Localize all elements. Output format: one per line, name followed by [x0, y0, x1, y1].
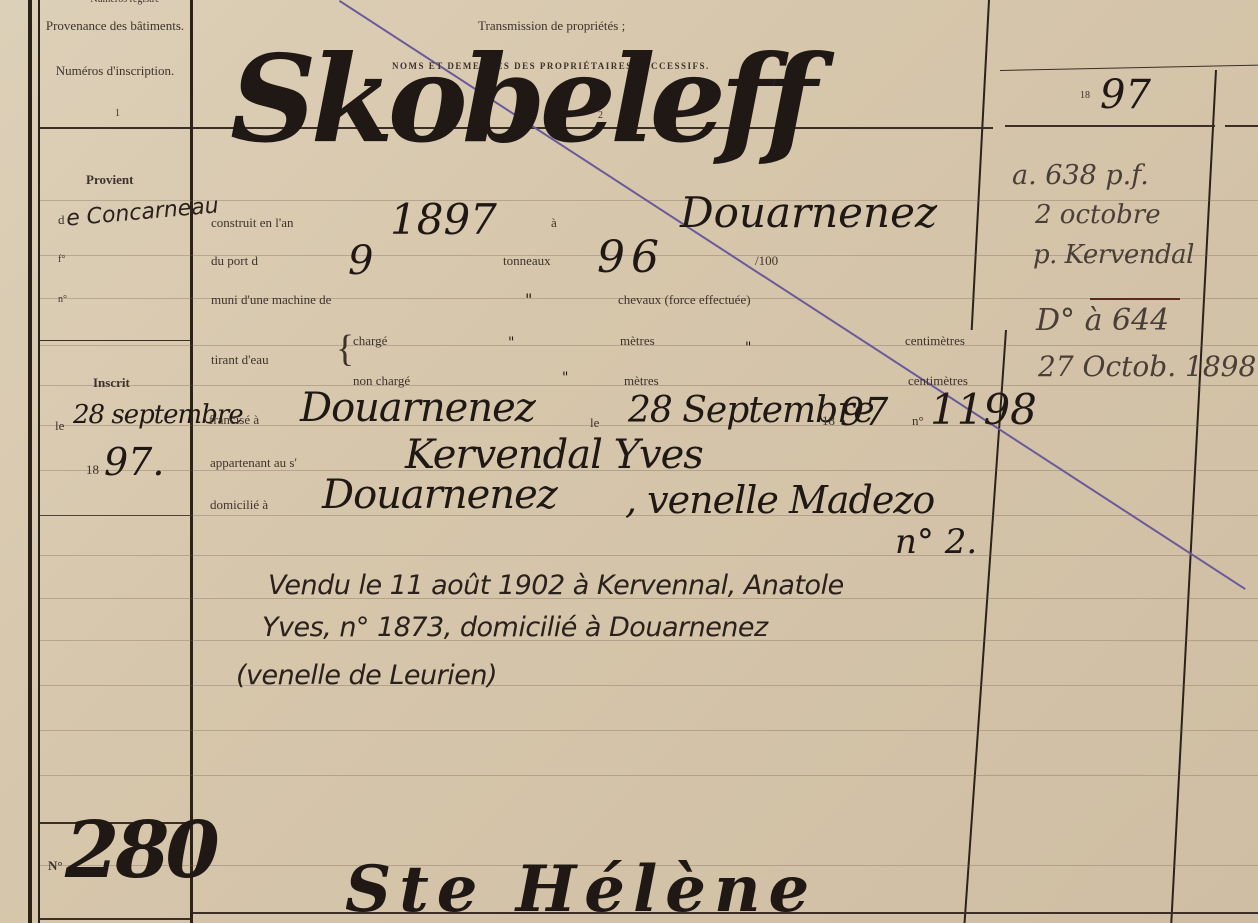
machine-label: muni d'une machine de [211, 292, 331, 308]
non-charge-metres-label: mètres [624, 373, 659, 389]
tonneaux-fraction: /100 [755, 253, 778, 269]
left-border-thick [28, 0, 32, 923]
tonneaux-label: tonneaux [503, 253, 551, 269]
col3-entry-2: 2 octobre [1035, 200, 1161, 230]
provient-n-label: n° [58, 294, 67, 305]
next-ship-name: Ste Hélène [345, 852, 817, 923]
rule-line [40, 775, 1258, 776]
col3-top-line [1000, 65, 1258, 71]
tonneaux-value: 96 [597, 232, 665, 283]
provient-label: Provient [86, 172, 133, 188]
non-charge-metres-value: " [562, 370, 568, 386]
tirant-label: tirant d'eau [211, 352, 269, 368]
rule-line [40, 555, 1258, 556]
domicile-number-value: n° 2. [895, 522, 977, 562]
francise-date-value: 28 Septembre [628, 390, 874, 431]
column1-divider [190, 0, 193, 923]
col1-header-underline [40, 127, 190, 129]
francise-year-value: 97 [840, 390, 888, 434]
col1-no-bottom [40, 918, 190, 920]
francise-no-value: 1198 [930, 385, 1037, 434]
ship-name: Skobeleff [230, 40, 811, 160]
port-value: 9 [348, 238, 373, 284]
col4-header-underline [1225, 125, 1258, 127]
construit-label: construit en l'an [211, 215, 294, 231]
appartenant-label: appartenant au s' [210, 455, 297, 471]
francise-no-label: n° [912, 413, 924, 429]
port-label: du port d [211, 253, 258, 269]
left-border-thin [38, 0, 40, 923]
charge-metres-label: mètres [620, 333, 655, 349]
tirant-brace: { [336, 330, 354, 368]
col1-header-numeros: Numéros d'inscription. [45, 63, 185, 78]
column3-divider [1170, 70, 1217, 923]
rule-line [40, 730, 1258, 731]
francise-label: francisé à [209, 412, 259, 428]
inscrit-year-value: 97. [104, 440, 164, 484]
domicilie-label: domicilié à [210, 497, 268, 513]
col3-separator [1090, 298, 1180, 300]
rule-line [40, 685, 1258, 686]
charge-cm-label: centimètres [905, 333, 965, 349]
inscrit-label: Inscrit [93, 375, 130, 391]
charge-metres-value: " [508, 335, 514, 351]
col1-header-provenance: Provenance des bâtiments. [45, 18, 185, 33]
built-place-value: Douarnenez [680, 188, 937, 237]
sale-note-line-2: Yves, n° 1873, domicilié à Douarnenez [262, 612, 768, 643]
column2-divider-upper [971, 0, 990, 330]
chevaux-label: chevaux (force effectuée) [618, 292, 751, 308]
col1-header-top: Numéros registre [60, 0, 190, 5]
inscrit-le-label: le [55, 418, 64, 434]
charge-label: chargé [353, 333, 387, 349]
col3-entry-3: p. Kervendal [1033, 240, 1194, 270]
col3-header-underline [1005, 125, 1215, 127]
machine-value: " [525, 290, 532, 309]
provient-f-label: f° [58, 254, 65, 265]
col1-number: 1 [115, 108, 120, 119]
domicile-street-value: , venelle Madezo [625, 478, 934, 522]
col1-provient-bottom [40, 340, 190, 341]
francise-place-value: Douarnenez [300, 385, 535, 431]
construit-value: 1897 [390, 195, 497, 244]
provient-d-label: d [58, 212, 65, 228]
inscrit-year-prefix: 18 [86, 462, 99, 478]
no-label: N° [48, 858, 63, 874]
col3-year-value: 97 [1100, 72, 1151, 118]
charge-cm-value: " [745, 340, 751, 356]
a-label: à [551, 215, 557, 231]
ledger-page: Numéros registre Provenance des bâtiment… [0, 0, 1258, 923]
sale-note-line-1: Vendu le 11 août 1902 à Kervennal, Anato… [268, 570, 844, 601]
col3-entry-4: D° à 644 [1036, 303, 1169, 338]
francise-le-label: le [590, 415, 599, 431]
col3-year-prefix: 18 [1080, 90, 1090, 101]
domicile-town-value: Douarnenez [322, 472, 557, 518]
col3-entry-1: a. 638 p.f. [1012, 160, 1149, 191]
francise-year-prefix: 18 [822, 413, 835, 429]
col3-entry-5: 27 Octob. 1898 [1038, 350, 1256, 383]
registration-number: 280 [65, 805, 216, 896]
sale-note-line-3: (venelle de Leurien) [236, 660, 497, 691]
